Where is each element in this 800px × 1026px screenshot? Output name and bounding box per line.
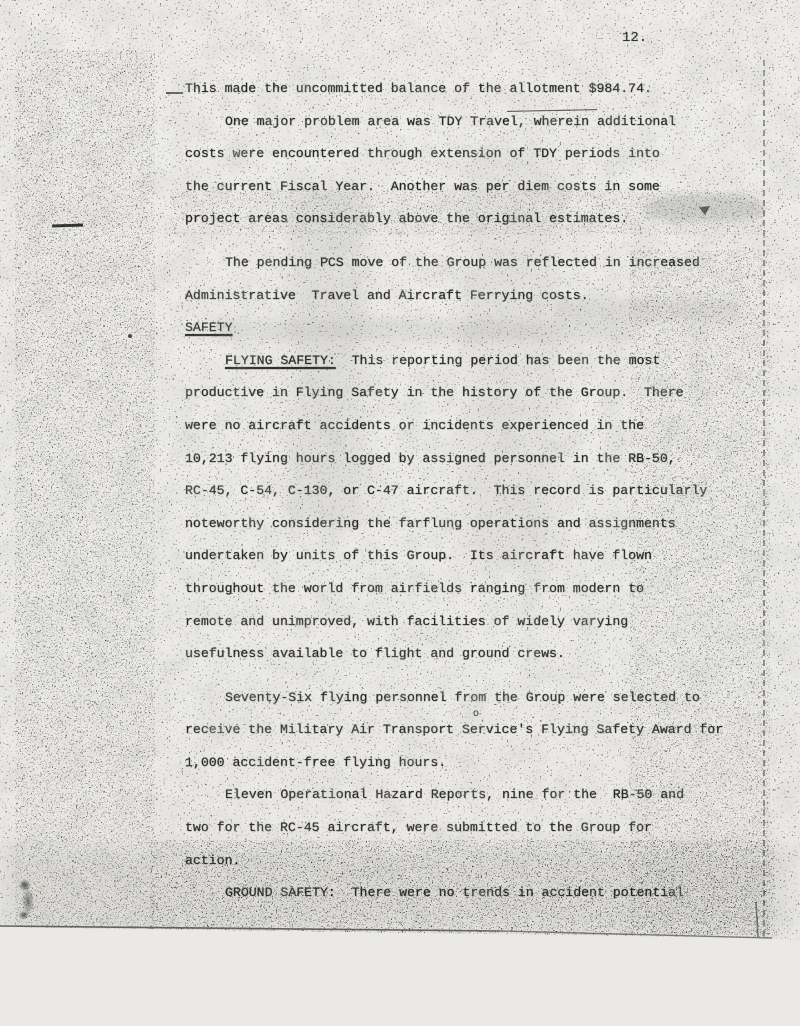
text-segment: two for the RC-45 aircraft, were submitt… [185, 820, 652, 835]
text-line: productive in Flying Safety in the histo… [185, 377, 765, 410]
text-segment: Seventy-Six flying personnel from the Gr… [225, 690, 700, 705]
text-segment: 1,000 accident-free flying hours. [185, 755, 446, 770]
text-segment: undertaken by units of this Group. Its a… [185, 548, 652, 563]
text-line: 1,000 accident-free flying hours. [185, 747, 765, 780]
text-line: project areas considerably above the ori… [185, 203, 765, 236]
text-line: noteworthy considering the farflung oper… [185, 508, 765, 541]
text-segment: Administrative Travel and Aircraft Ferry… [185, 288, 589, 303]
scanned-page: 12. This made the uncommitted balance of… [0, 0, 800, 1026]
superscript-o-mark: o [473, 709, 479, 720]
underlined-text: SAFETY [185, 320, 232, 335]
text-segment: productive in Flying Safety in the histo… [185, 385, 684, 400]
text-segment: This reporting period has been the most [336, 353, 660, 368]
text-segment: This made the uncommitted balance of the… [185, 81, 652, 96]
text-line: remote and unimproved, with facilities o… [185, 606, 765, 639]
text-segment: Eleven Operational Hazard Reports, nine … [225, 787, 684, 802]
text-segment: remote and unimproved, with facilities o… [185, 614, 628, 629]
text-line: This made the uncommitted balance of the… [185, 73, 765, 106]
underlined-text: FLYING SAFETY: [225, 353, 336, 368]
text-line: throughout the world from airfields rang… [185, 573, 765, 606]
text-segment: throughout the world from airfields rang… [185, 581, 644, 596]
text-segment: 10,213 flying hours logged by assigned p… [185, 451, 676, 466]
text-line: the current Fiscal Year. Another was per… [185, 171, 765, 204]
page-number: 12. [622, 30, 647, 46]
text-segment: usefulness available to flight and groun… [185, 646, 565, 661]
underscore-mark [166, 92, 183, 94]
text-segment: action. [185, 853, 240, 868]
text-line: GROUND SAFETY: There were no trends in a… [185, 877, 765, 910]
text-segment: the current Fiscal Year. Another was per… [185, 179, 660, 194]
margin-dash-mark [52, 223, 83, 227]
text-line: RC-45, C-54, C-130, or C-47 aircraft. Th… [185, 475, 765, 508]
text-line: were no aircraft accidents or incidents … [185, 410, 765, 443]
text-line: costs were encountered through extension… [185, 138, 765, 171]
text-segment: RC-45, C-54, C-130, or C-47 aircraft. Th… [185, 483, 707, 498]
text-line: action. [185, 845, 765, 878]
text-segment: noteworthy considering the farflung oper… [185, 516, 676, 531]
text-segment: costs were encountered through extension… [185, 146, 660, 161]
text-line: Administrative Travel and Aircraft Ferry… [185, 280, 765, 313]
text-line: usefulness available to flight and groun… [185, 638, 765, 671]
text-line: FLYING SAFETY: This reporting period has… [185, 345, 765, 378]
text-segment: project areas considerably above the ori… [185, 211, 628, 226]
text-line: Eleven Operational Hazard Reports, nine … [185, 779, 765, 812]
bottom-left-ink-squiggle [16, 876, 38, 922]
text-segment: additional [589, 114, 676, 129]
text-line: The pending PCS move of the Group was re… [185, 247, 765, 280]
text-block: This made the uncommitted balance of the… [185, 73, 765, 910]
text-segment: were no aircraft accidents or incidents … [185, 418, 644, 433]
overlined-text: l, wherein [510, 114, 589, 129]
text-segment: receive the Military Air Transport Servi… [185, 722, 723, 737]
text-line: undertaken by units of this Group. Its a… [185, 540, 765, 573]
stray-dot-mark [128, 334, 132, 338]
text-segment: One major problem area was TDY Trave [225, 114, 510, 129]
text-segment: GROUND SAFETY: There were no trends in a… [225, 885, 684, 900]
text-line: SAFETY [185, 312, 765, 345]
text-line: 10,213 flying hours logged by assigned p… [185, 443, 765, 476]
text-segment: The pending PCS move of the Group was re… [225, 255, 700, 270]
text-line: two for the RC-45 aircraft, were submitt… [185, 812, 765, 845]
text-line: One major problem area was TDY Travel, w… [185, 106, 765, 139]
